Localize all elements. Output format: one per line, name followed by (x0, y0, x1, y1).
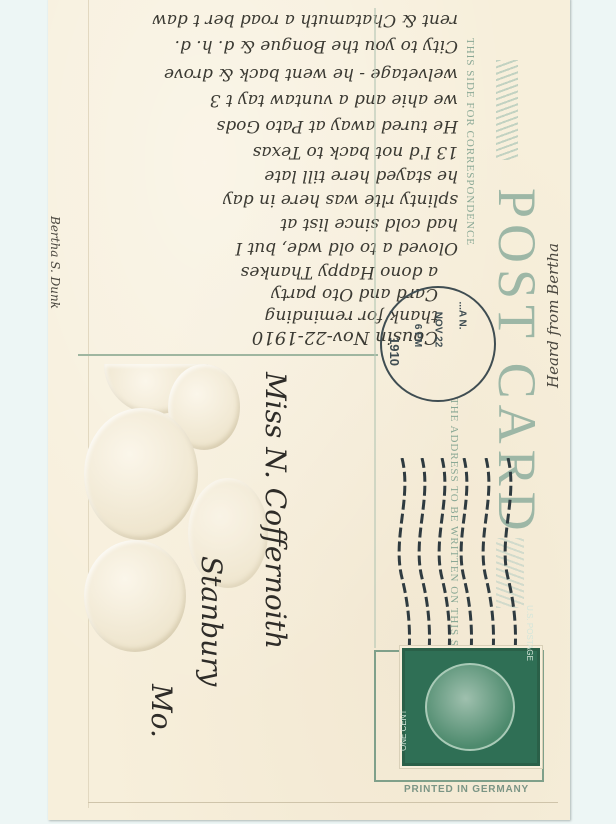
postmark-year: 1910 (387, 337, 402, 366)
center-divider (374, 8, 376, 648)
postmark-time: 6 PM (412, 324, 423, 347)
embossed-circle (84, 408, 198, 540)
message-divider (78, 354, 378, 356)
address-recipient: Miss N. Coffernoith (259, 372, 292, 649)
address-city: Stanbury (195, 556, 228, 686)
stamp-portrait (425, 663, 515, 751)
message-line: we ahie and a vuntaw tay t 3 (210, 90, 458, 110)
message-line: welvetage - he went back & drove (164, 64, 458, 84)
margin-note-right: Heard from Bertha (544, 243, 562, 388)
message-line: rent & Chatamuth a road ber t daw (152, 10, 458, 30)
stamp-denomination-label: ONE CENT (399, 710, 408, 751)
postmark: NOV 22 6 PM 1910 ...A N. (380, 286, 496, 402)
postmark-ring-text: ...A N. (456, 302, 467, 330)
message-line: a dono Happy Thankes (241, 262, 438, 282)
message-line: City to you the Bongue & d. h. d. (175, 36, 458, 56)
postage-stamp: U.S. POSTAGE ONE CENT (402, 648, 540, 766)
postcard: Cousin Nov-22-1910 thank for reminding C… (48, 0, 570, 820)
message-line: he stayed here till late (264, 166, 458, 186)
message-line: He tured away at Pato Gods (217, 116, 458, 136)
stamp-country-label: U.S. POSTAGE (525, 605, 534, 661)
message-line: 13 I'd not back to Texas (253, 142, 458, 162)
margin-note-left: Bertha S. Dunk (48, 216, 62, 309)
bottom-border-line (88, 802, 558, 803)
correspondence-label: THIS SIDE FOR CORRESPONDENCE (464, 38, 476, 246)
embossed-circle (84, 540, 186, 652)
postmark-date: NOV 22 (432, 312, 443, 348)
address-state: Mo. (145, 684, 178, 738)
message-line: Oloved a to old wde, but I (235, 238, 458, 258)
embossed-leaf-ornament (496, 60, 518, 160)
printed-in-germany: PRINTED IN GERMANY (404, 784, 529, 795)
message-line: had cold since list at (280, 214, 458, 234)
message-line: splinty rlte was here in day (223, 190, 458, 210)
